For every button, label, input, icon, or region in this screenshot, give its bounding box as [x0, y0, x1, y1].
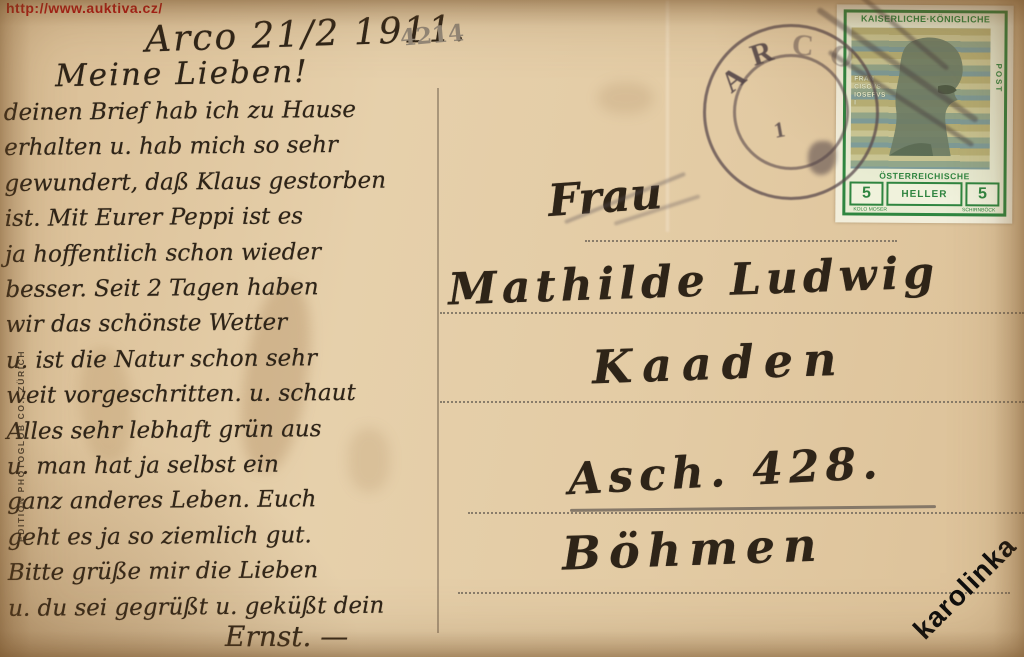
arco-postmark: A R C O 1 [703, 24, 879, 200]
message-line: wir das schönste Wetter [6, 304, 452, 343]
stamp-inscription-band: ÖSTERREICHISCHE [846, 170, 1004, 181]
shop-watermark: karolinka [894, 517, 1024, 657]
pencil-inventory-number: 4214 [399, 19, 465, 51]
postmark-ink-blob [808, 141, 836, 175]
stamp-inscription-right: POST [994, 63, 1003, 93]
postmark-letter: C [791, 28, 815, 63]
address-rule-line [468, 512, 1024, 514]
message-line: ist. Mit Eurer Peppi ist es [5, 198, 451, 237]
address-rule-line [585, 240, 897, 242]
message-line: u. man hat ja selbst ein [7, 446, 453, 485]
message-line: weit vorgeschritten. u. schaut [6, 375, 452, 414]
address-street: Asch. 428. [567, 438, 885, 505]
stamp-designer-imprint: KOLO MOSER [853, 207, 887, 213]
message-line: u. ist die Natur schon sehr [6, 340, 452, 379]
message-line: ja hoffentlich schon wieder [5, 234, 451, 273]
address-rule-line [440, 401, 1024, 403]
stamp-engraver-imprint: SCHIRNBÖCK [962, 207, 995, 213]
address-rule-line [440, 312, 1024, 314]
address-town: Kaaden [591, 332, 847, 395]
address-rule-line [458, 592, 1010, 594]
address-title: Frau [546, 168, 663, 227]
message-line: ganz anderes Leben. Euch [7, 482, 453, 521]
pen-underline-stroke [570, 505, 936, 512]
address-name: Mathilde Ludwig [447, 247, 940, 315]
stamp-value-row: 5 HELLER 5 [849, 181, 999, 206]
handwritten-message: deinen Brief hab ich zu Hause erhalten u… [4, 92, 455, 627]
postmark-letter: R [746, 34, 777, 73]
message-line: Alles sehr lebhaft grün aus [6, 411, 452, 450]
postcard-scan: http://www.auktiva.cz/ Arco 21/2 1911. 4… [0, 0, 1024, 657]
stamp-value-left: 5 [849, 181, 883, 205]
address-divider-line [437, 88, 439, 633]
address-region: Böhmen [561, 517, 825, 580]
message-line: Bitte grüße mir die Lieben [8, 552, 454, 591]
message-line: gewundert, daß Klaus gestorben [4, 163, 450, 202]
paper-crease [666, 0, 669, 232]
stamp-currency: HELLER [886, 182, 962, 207]
message-line: erhalten u. hab mich so sehr [4, 127, 450, 166]
paper-stain [598, 82, 653, 114]
message-line: deinen Brief hab ich zu Hause [4, 92, 450, 131]
message-signature: Ernst. — [225, 620, 348, 653]
publisher-imprint: EDITION PHOTOGLOB CO., ZÜRICH [16, 290, 26, 542]
message-line: besser. Seit 2 Tagen haben [5, 269, 451, 308]
stamp-inscription-top: KAISERLICHE·KÖNIGLICHE [847, 13, 1005, 24]
message-line: geht es ja so ziemlich gut. [7, 517, 453, 556]
message-salutation: Meine Lieben! [55, 54, 309, 94]
stamp-value-right: 5 [965, 182, 999, 206]
auction-site-watermark: http://www.auktiva.cz/ [6, 0, 163, 16]
